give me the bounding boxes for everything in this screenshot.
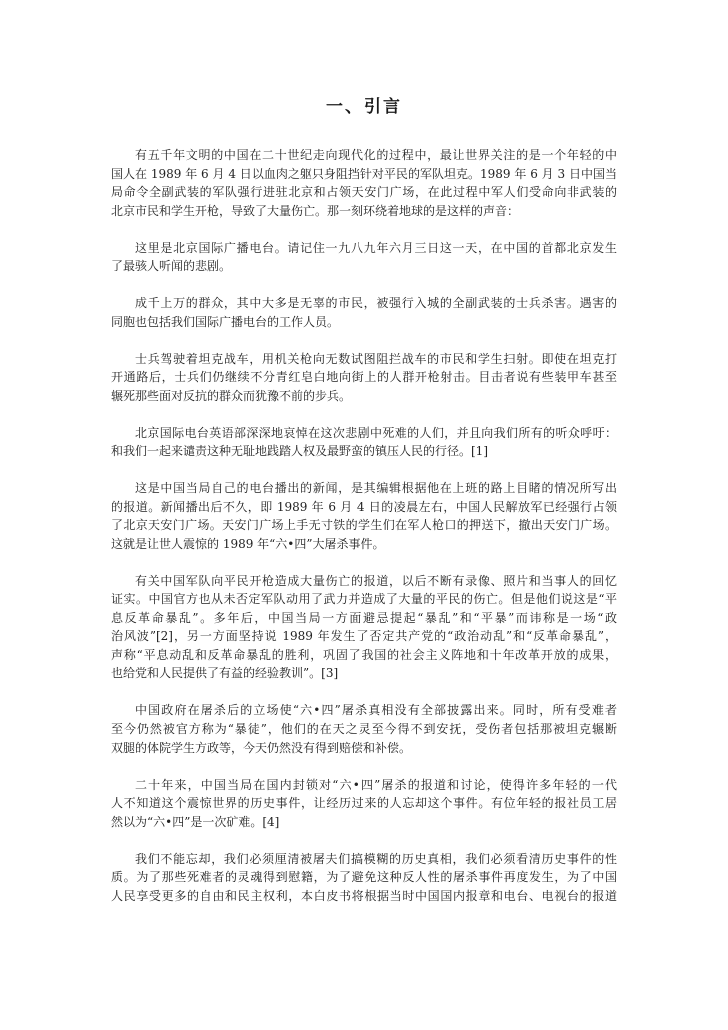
text-line: 这里是北京国际广播电台。请记住一九八九年六月三日这一天，在中国的首都北京发生 [111, 239, 617, 258]
text-line: 我们不能忘却，我们必须厘清被屠夫们搞模糊的历史真相，我们必须看清历史事件的性 [111, 850, 617, 869]
paragraph-3: 成千上万的群众，其中大多是无辜的市民，被强行入城的全副武装的士兵杀害。遇害的 同… [111, 294, 617, 331]
text-line: 证实。中国官方也从未否定军队动用了武力并造成了大量的平民的伤亡。但是他们说这是“… [111, 590, 617, 609]
paragraph-6: 这是中国当局自己的电台播出的新闻，是其编辑根据他在上班的路上目睹的情况所写出 的… [111, 479, 617, 553]
paragraph-8: 中国政府在屠杀后的立场使“六•四”屠杀真相没有全部披露出来。同时，所有受难者 至… [111, 701, 617, 757]
text-line: 了最骇人听闻的悲剧。 [111, 257, 617, 276]
paragraph-4: 士兵驾驶着坦克战车，用机关枪向无数试图阻拦战车的市民和学生扫射。即使在坦克打 开… [111, 350, 617, 406]
text-line: 的报道。新闻播出后不久，即 1989 年 6 月 4 日的凌晨左右，中国人民解放… [111, 498, 617, 517]
text-line: 国人在 1989 年 6 月 4 日以血肉之躯只身阻挡针对平民的军队坦克。198… [111, 165, 617, 184]
text-line: 双腿的体院学生方政等，今天仍然没有得到赔偿和补偿。 [111, 739, 617, 758]
text-line: 有五千年文明的中国在二十世纪走向现代化的过程中，最让世界关注的是一个年轻的中 [111, 146, 617, 165]
text-line: 质。为了那些死难者的灵魂得到慰籍，为了避免这种反人性的屠杀事件再度发生，为了中国 [111, 868, 617, 887]
text-line: 治风波”[2]，另一方面坚持说 1989 年发生了否定共产党的“政治动乱”和“反… [111, 627, 617, 646]
paragraph-7: 有关中国军队向平民开枪造成大量伤亡的报道，以后不断有录像、照片和当事人的回忆 证… [111, 572, 617, 683]
text-line: 至今仍然被官方称为“暴徒”，他们的在天之灵至今得不到安抚，受伤者包括那被坦克辗断 [111, 720, 617, 739]
paragraph-9: 二十年来，中国当局在国内封锁对“六•四”屠杀的报道和讨论，使得许多年轻的一代 人… [111, 776, 617, 832]
paragraph-2: 这里是北京国际广播电台。请记住一九八九年六月三日这一天，在中国的首都北京发生 了… [111, 239, 617, 276]
text-line: 这是中国当局自己的电台播出的新闻，是其编辑根据他在上班的路上目睹的情况所写出 [111, 479, 617, 498]
paragraph-5: 北京国际电台英语部深深地哀悼在这次悲剧中死难的人们，并且向我们所有的听众呼吁： … [111, 424, 617, 461]
body-text: 有五千年文明的中国在二十世纪走向现代化的过程中，最让世界关注的是一个年轻的中 国… [111, 146, 617, 924]
text-line: 二十年来，中国当局在国内封锁对“六•四”屠杀的报道和讨论，使得许多年轻的一代 [111, 776, 617, 795]
paragraph-1: 有五千年文明的中国在二十世纪走向现代化的过程中，最让世界关注的是一个年轻的中 国… [111, 146, 617, 220]
text-line: 士兵驾驶着坦克战车，用机关枪向无数试图阻拦战车的市民和学生扫射。即使在坦克打 [111, 350, 617, 369]
paragraph-10: 我们不能忘却，我们必须厘清被屠夫们搞模糊的历史真相，我们必须看清历史事件的性 质… [111, 850, 617, 906]
text-line: 也给党和人民提供了有益的经验教训”。[3] [111, 664, 617, 683]
text-line: 这就是让世人震惊的 1989 年“六•四”大屠杀事件。 [111, 535, 617, 554]
section-title: 一、引言 [0, 96, 728, 118]
text-line: 声称“平息动乱和反革命暴乱的胜利，巩固了我国的社会主义阵地和十年改革开放的成果， [111, 646, 617, 665]
text-line: 北京市民和学生开枪，导致了大量伤亡。那一刻环绕着地球的是这样的声音： [111, 202, 617, 221]
text-line: 辗死那些面对反抗的群众而犹豫不前的步兵。 [111, 387, 617, 406]
text-line: 北京国际电台英语部深深地哀悼在这次悲剧中死难的人们，并且向我们所有的听众呼吁： [111, 424, 617, 443]
text-line: 同胞也包括我们国际广播电台的工作人员。 [111, 313, 617, 332]
text-line: 了北京天安门广场。天安门广场上手无寸铁的学生们在军人枪口的押送下，撤出天安门广场… [111, 516, 617, 535]
text-line: 息反革命暴乱”。多年后，中国当局一方面避忌提起“暴乱”和“平暴”而讳称是一场“政 [111, 609, 617, 628]
text-line: 人不知道这个震惊世界的历史事件，让经历过来的人忘却这个事件。有位年轻的报社员工居 [111, 794, 617, 813]
text-line: 然以为“六•四”是一次矿难。[4] [111, 813, 617, 832]
text-line: 局命令全副武装的军队强行进驻北京和占领天安门广场，在此过程中军人们受命向非武装的 [111, 183, 617, 202]
text-line: 有关中国军队向平民开枪造成大量伤亡的报道，以后不断有录像、照片和当事人的回忆 [111, 572, 617, 591]
text-line: 人民享受更多的自由和民主权利，本白皮书将根据当时中国国内报章和电台、电视台的报道 [111, 887, 617, 906]
text-line: 和我们一起来谴责这种无耻地践踏人权及最野蛮的镇压人民的行径。[1] [111, 442, 617, 461]
text-line: 开通路后，士兵们仍继续不分青红皂白地向街上的人群开枪射击。目击者说有些装甲车甚至 [111, 368, 617, 387]
text-line: 成千上万的群众，其中大多是无辜的市民，被强行入城的全副武装的士兵杀害。遇害的 [111, 294, 617, 313]
text-line: 中国政府在屠杀后的立场使“六•四”屠杀真相没有全部披露出来。同时，所有受难者 [111, 701, 617, 720]
